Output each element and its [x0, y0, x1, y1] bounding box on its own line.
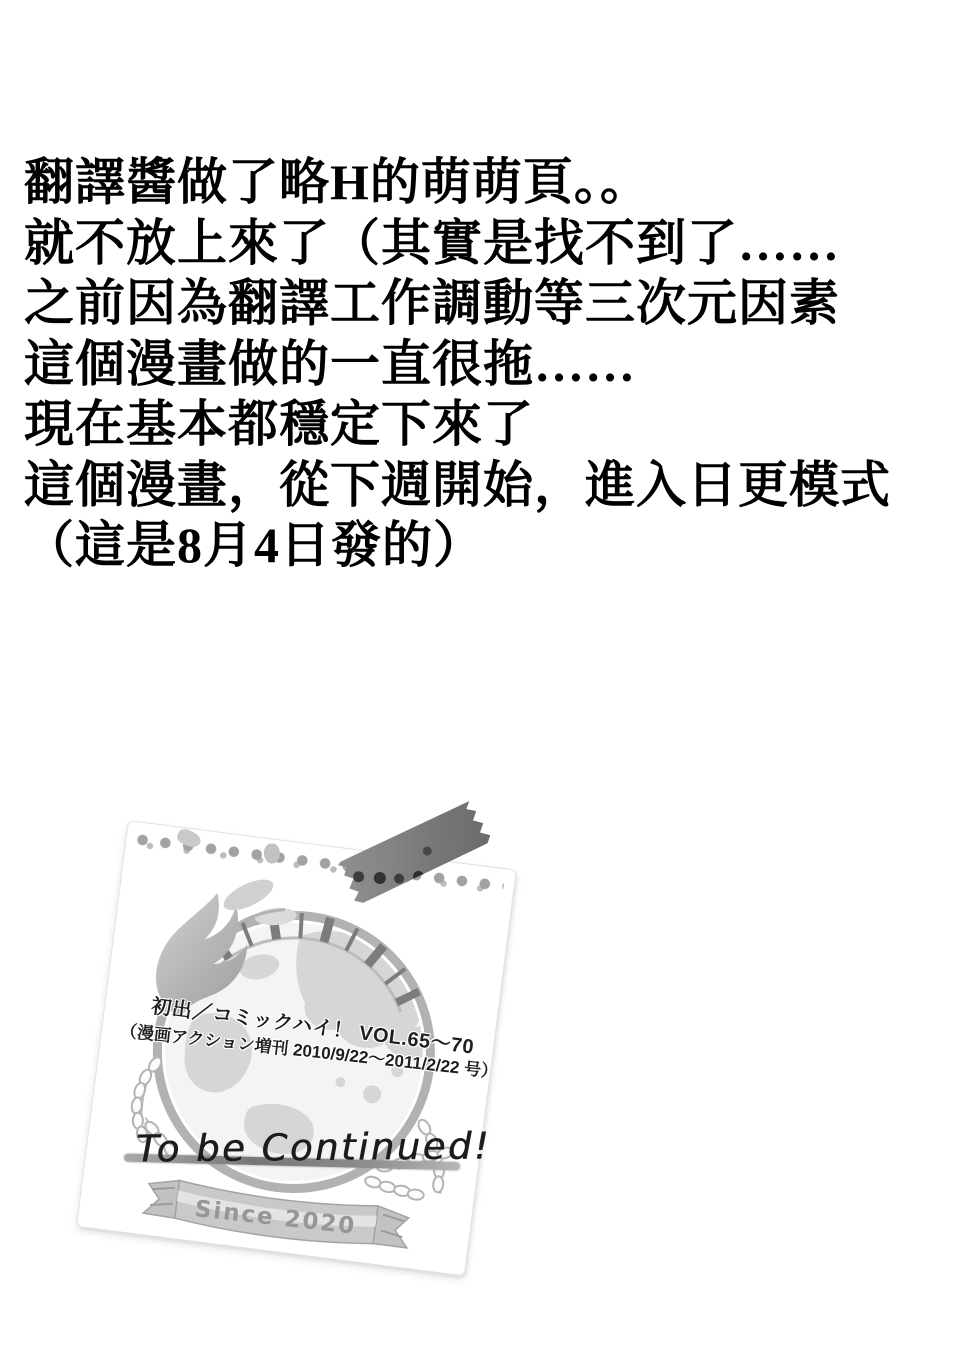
note-line: （這是8月4日發的） [24, 515, 954, 576]
note-line: 這個漫畫，從下週開始，進入日更模式 [24, 455, 954, 516]
note-line: 這個漫畫做的一直很拖…… [24, 334, 954, 395]
perforation-hole [372, 870, 388, 886]
perforation-hole [421, 845, 433, 857]
note-line: 現在基本都穩定下來了 [24, 394, 954, 455]
to-be-continued-text: To be Continued! [136, 1124, 492, 1170]
note-line: 之前因為翻譯工作調動等三次元因素 [24, 273, 954, 334]
translator-note: 翻譯醬做了略H的萌萌頁。。 就不放上來了（其實是找不到了…… 之前因為翻譯工作調… [24, 152, 954, 576]
perforation-hole [351, 869, 366, 884]
note-line: 就不放上來了（其實是找不到了…… [24, 213, 954, 274]
perforation-hole [392, 872, 405, 885]
note-line: 翻譯醬做了略H的萌萌頁。。 [24, 152, 954, 213]
note-paper: Since 2020 初出／コミックハイ！ VOL.65～70 （漫画アクション… [76, 820, 517, 1276]
